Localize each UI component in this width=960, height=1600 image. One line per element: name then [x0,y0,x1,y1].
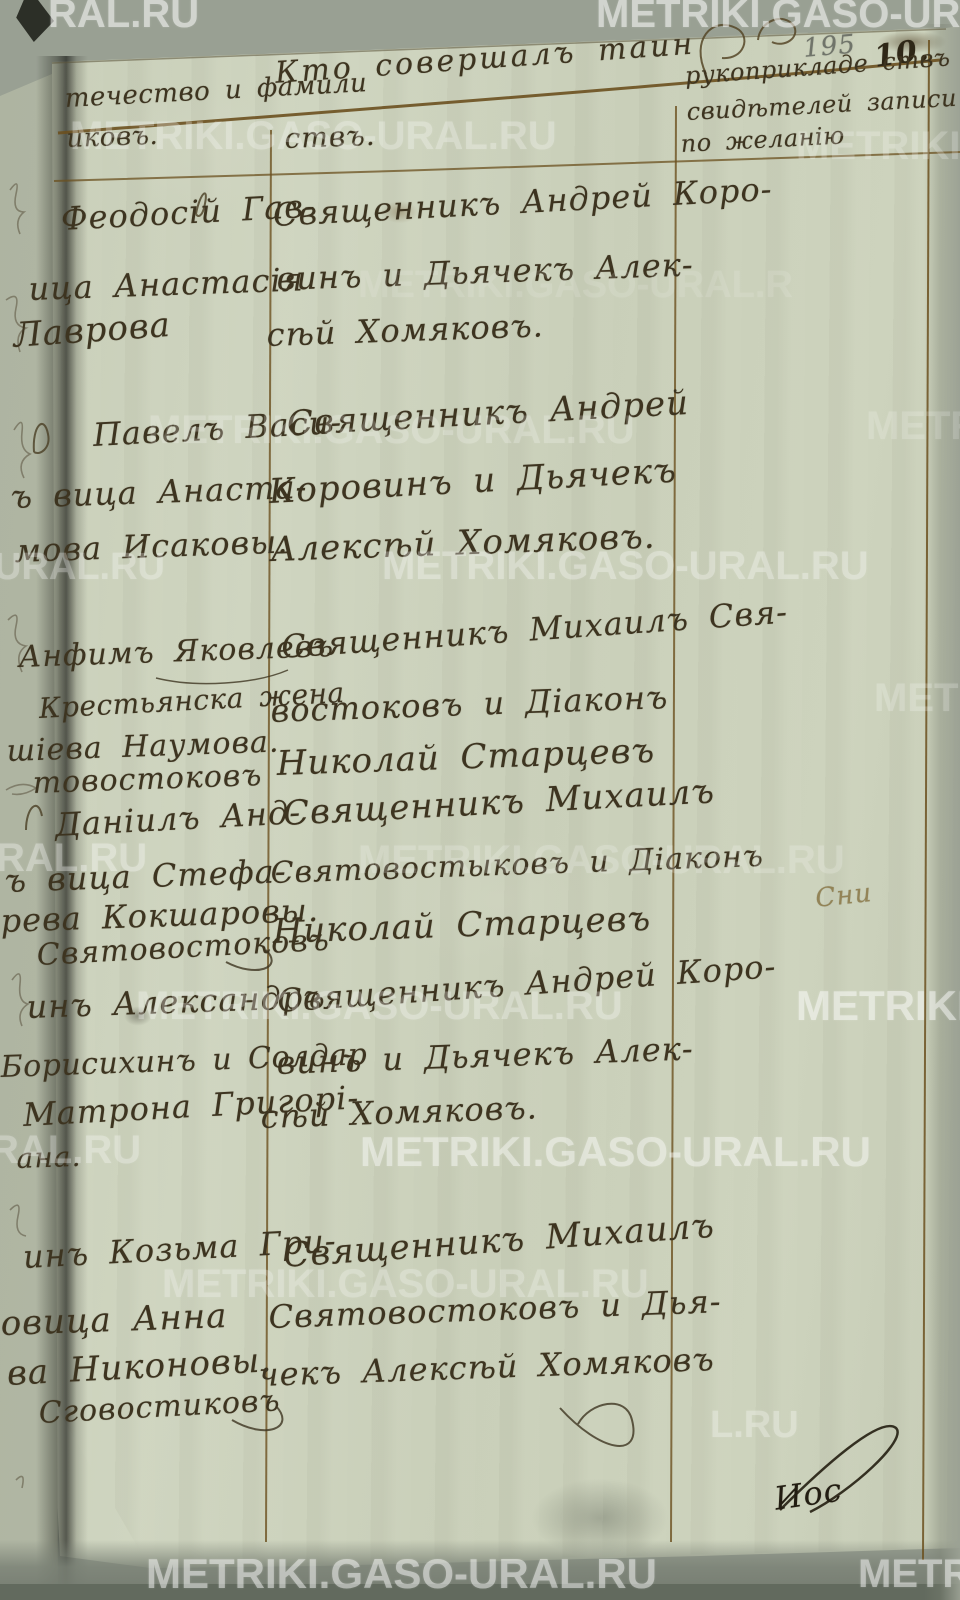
handwriting-line: ана. [16,1140,82,1175]
header-separator-rule [54,152,960,181]
header-col2-line: ствъ. [284,119,376,155]
margin-note: Сни [814,878,874,914]
gutter-text-fragments [6,184,36,1488]
scanned-register-page: { "page_numbers": { "pencil": "195", "in… [0,0,960,1600]
header-col1-line: иковъ. [66,121,159,154]
page-edge-rule [923,40,929,1560]
column-divider-2 [671,106,676,1542]
handwriting-line: овица Анна [0,1296,228,1344]
